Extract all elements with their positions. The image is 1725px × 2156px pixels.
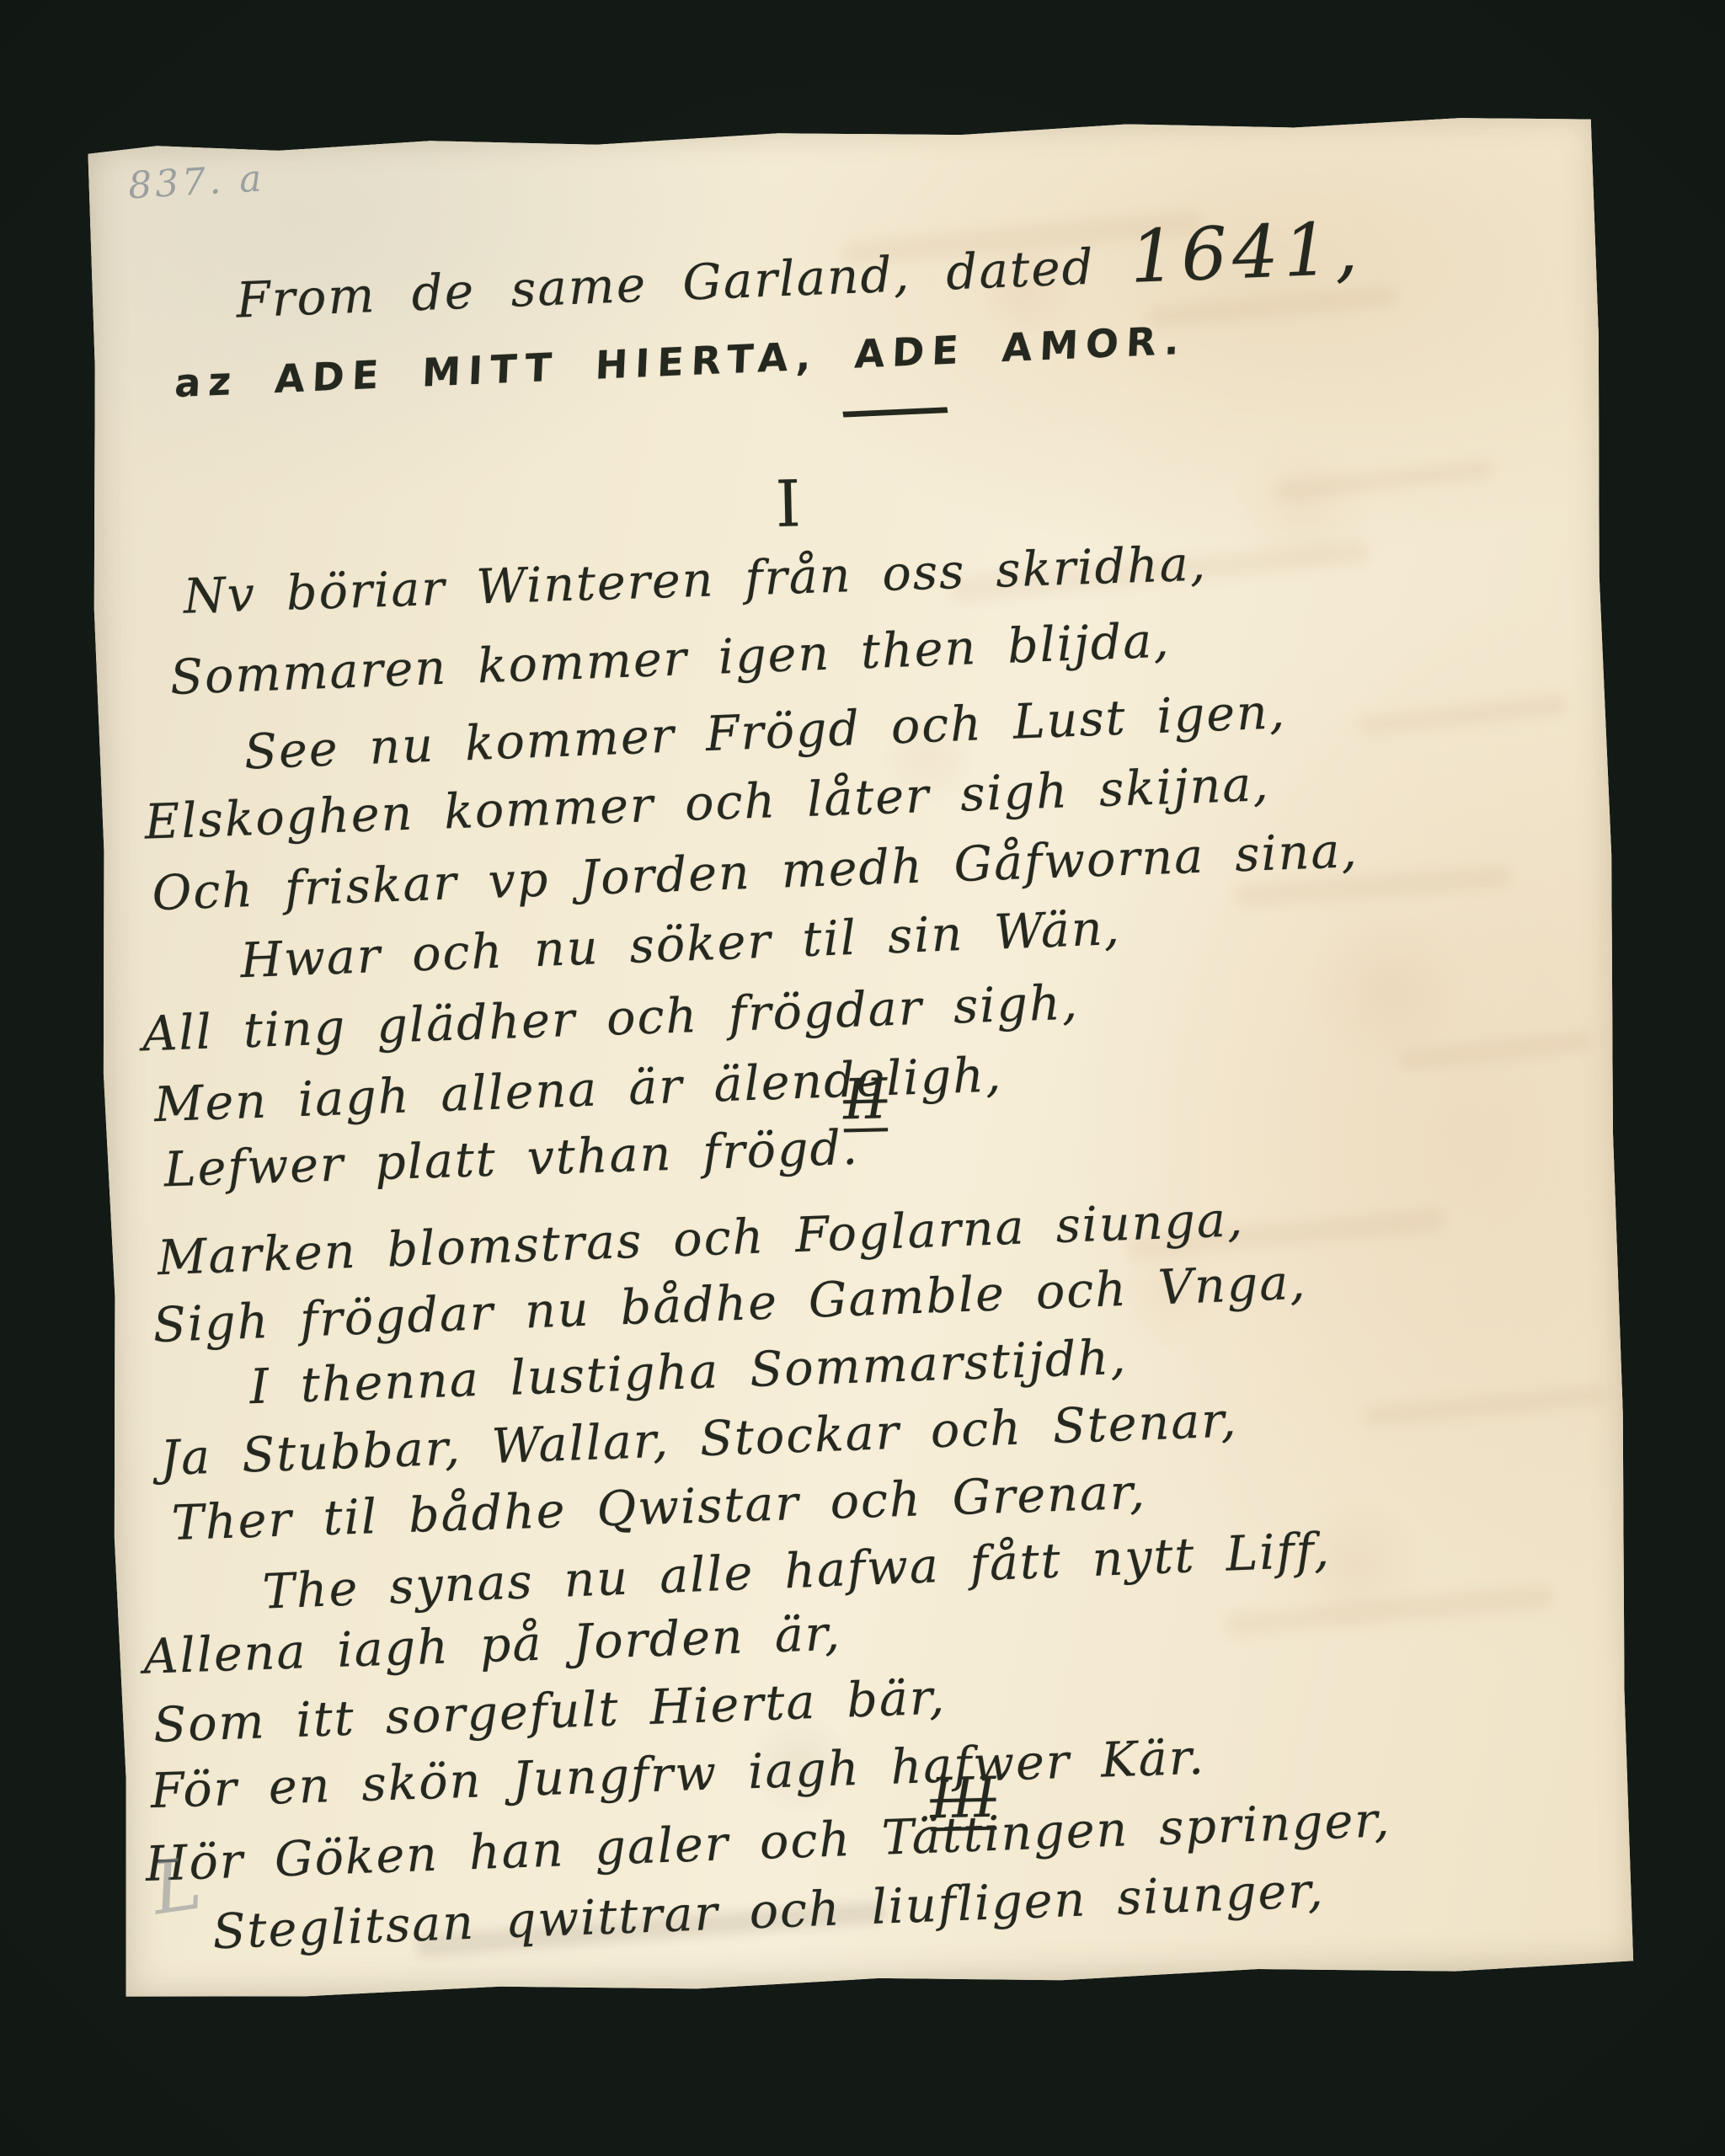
archive-number: 837. a [127,157,266,207]
title-text: From de same Garland, dated [235,238,1096,329]
stanza-numeral: I [775,466,802,542]
stanza-numeral: II [842,1066,888,1132]
title-line: From de same Garland, dated 1641, [234,206,1364,334]
bleed-through [1225,1584,1554,1638]
bleed-through [1397,1030,1592,1071]
poem-line: Allena iagh på Jorden är, [142,1606,842,1685]
manuscript-paper: 837. a From de same Garland, dated 1641,… [81,112,1637,2003]
section-divider: — [832,377,958,440]
poem-line: Lefwer platt vthan frögd. [163,1120,860,1198]
bleed-through [1357,693,1568,738]
bleed-through [1276,458,1496,502]
bleed-through [1364,1384,1609,1428]
title-year: 1641, [1129,206,1365,300]
poem-line: Som itt sorgefult Hierta bär, [152,1669,947,1753]
poem-line: Nv böriar Winteren från oss skridha, [183,536,1208,625]
poem-line: Sommaren kommer igen then blijda, [169,613,1172,707]
